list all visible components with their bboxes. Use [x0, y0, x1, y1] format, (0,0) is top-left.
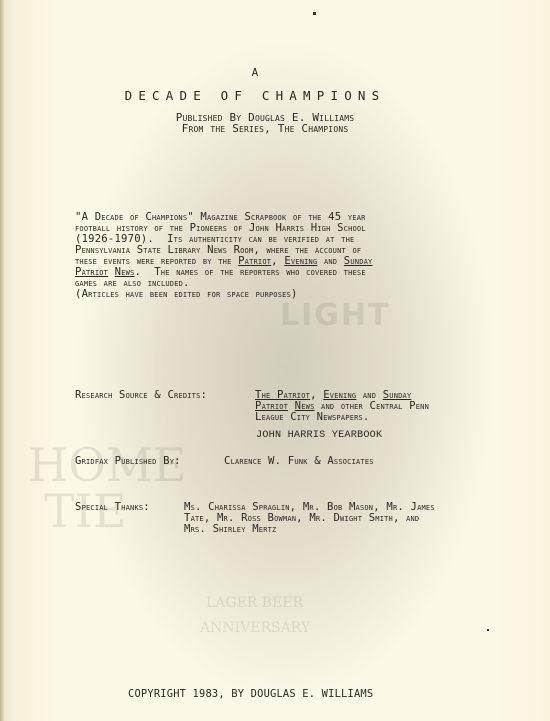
copyright-notice: COPYRIGHT 1983, BY DOUGLAS E. WILLIAMS: [128, 688, 373, 700]
bleed-through-text: LAGER BEER: [206, 595, 303, 611]
gridfax-value: Clarence W. Funk & Associates: [224, 455, 374, 467]
scan-speck: [487, 629, 489, 631]
page-title: DECADE OF CHAMPIONS: [0, 90, 510, 102]
series-line: From the Series, The Champions: [0, 123, 530, 135]
page-spine-shadow: [0, 0, 4, 721]
bleed-through-text: ANNIVERSARY: [200, 620, 310, 636]
scanned-page: LIGHT HOME TIE LAGER BEER ANNIVERSARY A …: [0, 0, 550, 721]
research-line: League City Newspapers.: [255, 411, 370, 423]
bleed-through-text: LIGHT: [280, 298, 390, 333]
scan-speck: [313, 12, 316, 15]
thanks-line: Mrs. Shirley Mertz: [184, 523, 276, 535]
intro-line: (Articles have been edited for space pur…: [75, 288, 298, 300]
research-label: Research Source & Credits:: [75, 389, 207, 401]
gridfax-label: Gridfax Published By:: [75, 455, 181, 467]
title-article: A: [0, 67, 510, 79]
yearbook-credit: JOHN HARRIS YEARBOOK: [256, 430, 382, 442]
thanks-label: Special Thanks:: [75, 501, 150, 513]
